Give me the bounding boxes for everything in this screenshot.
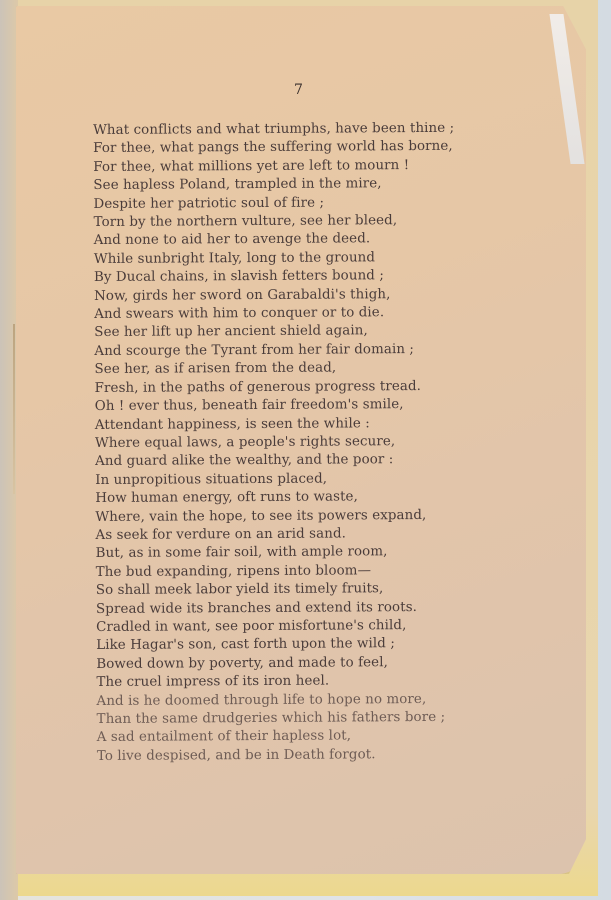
- spine-shadow: [0, 0, 18, 900]
- photo-scene: 7 What conflicts and what triumphs, have…: [0, 0, 611, 900]
- poem-line: Cradled in want, see poor misfortune's c…: [96, 617, 457, 638]
- poem-line: But, as in some fair soil, with ample ro…: [96, 543, 457, 564]
- poem-line: By Ducal chains, in slavish fetters boun…: [94, 267, 455, 288]
- poem-line: A sad entailment of their hapless lot,: [97, 727, 458, 748]
- poem-line: As seek for verdure on an arid sand.: [95, 525, 456, 546]
- poem-line: And is he doomed through life to hope no…: [96, 690, 457, 711]
- poem-line: And none to aid her to avenge the deed.: [94, 230, 455, 251]
- poem-line: Fresh, in the paths of generous progress…: [95, 377, 456, 398]
- poem-text: What conflicts and what triumphs, have b…: [93, 120, 458, 766]
- poem-line: See her, as if arisen from the dead,: [94, 359, 455, 380]
- sewing-thread: [13, 324, 15, 494]
- poem-line: See her lift up her ancient shield again…: [94, 322, 455, 343]
- poem-line: The bud expanding, ripens into bloom—: [96, 562, 457, 583]
- poem-line: Despite her patriotic soul of fire ;: [93, 193, 454, 214]
- poem-line: To live despised, and be in Death forgot…: [97, 746, 458, 767]
- poem-line: Attendant happiness, is seen the while :: [95, 414, 456, 435]
- poem-line: While sunbright Italy, long to the groun…: [94, 249, 455, 270]
- poem-line: Oh ! ever thus, beneath fair freedom's s…: [95, 396, 456, 417]
- poem-line: And scourge the Tyrant from her fair dom…: [94, 341, 455, 362]
- poem-line: And swears with him to conquer or to die…: [94, 304, 455, 325]
- poem-line: Torn by the northern vulture, see her bl…: [94, 212, 455, 233]
- poem-line: Like Hagar's son, cast forth upon the wi…: [96, 635, 457, 656]
- poem-line: Spread wide its branches and extend its …: [96, 598, 457, 619]
- poem-line: For thee, what pangs the suffering world…: [93, 138, 454, 159]
- poem-line: For thee, what millions yet are left to …: [93, 157, 454, 178]
- poem-line: So shall meek labor yield its timely fru…: [96, 580, 457, 601]
- poem-line: And guard alike the wealthy, and the poo…: [95, 451, 456, 472]
- poem-line: Than the same drudgeries which his fathe…: [97, 709, 458, 730]
- poem-line: Bowed down by poverty, and made to feel,: [96, 654, 457, 675]
- poem-line: What conflicts and what triumphs, have b…: [93, 120, 454, 141]
- page-number: 7: [294, 82, 303, 98]
- poem-line: Where, vain the hope, to see its powers …: [95, 506, 456, 527]
- poem-line: See hapless Poland, trampled in the mire…: [93, 175, 454, 196]
- poem-line: Where equal laws, a people's rights secu…: [95, 433, 456, 454]
- poem-line: The cruel impress of its iron heel.: [96, 672, 457, 693]
- poem-line: Now, girds her sword on Garabaldi's thig…: [94, 285, 455, 306]
- poem-line: In unpropitious situations placed,: [95, 470, 456, 491]
- poem-line: How human energy, oft runs to waste,: [95, 488, 456, 509]
